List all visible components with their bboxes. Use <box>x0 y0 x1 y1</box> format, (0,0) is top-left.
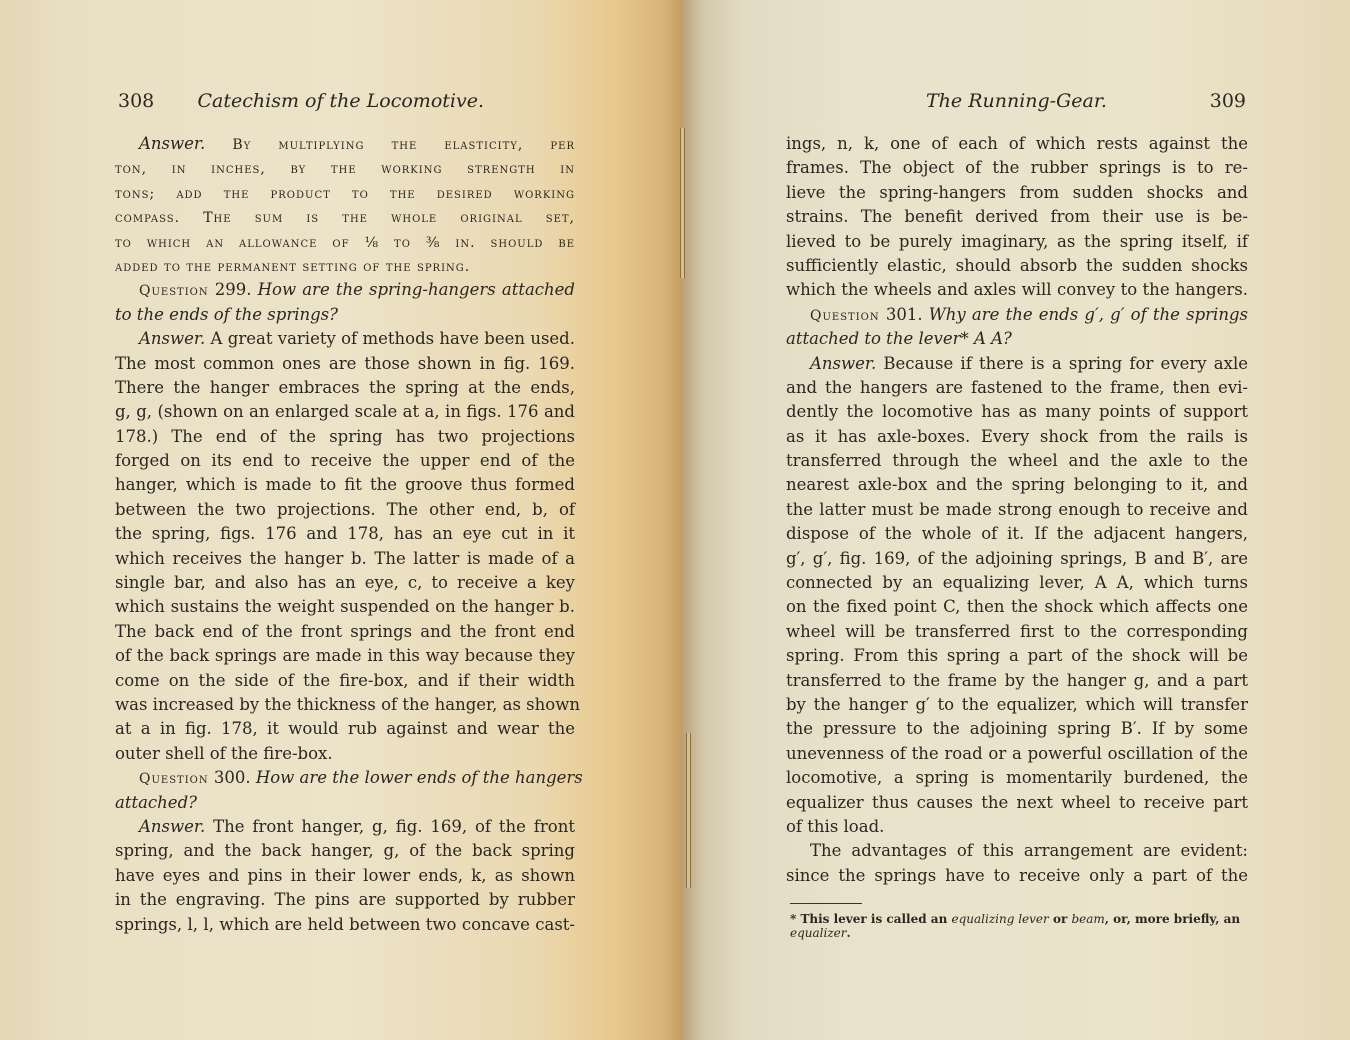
left-running-head: 308 Catechism of the Locomotive. <box>118 88 574 114</box>
text-line: between the two projections. The other e… <box>115 498 575 522</box>
text-line: single bar, and also has an eye, c, to r… <box>115 571 575 595</box>
binding-thread-top <box>680 128 685 278</box>
text-line: nearest axle-box and the spring belongin… <box>786 473 1248 497</box>
text-line: wheel will be transferred first to the c… <box>786 620 1248 644</box>
text-line: which sustains the weight suspended on t… <box>115 595 575 619</box>
text-line: ings, n, k, one of each of which rests a… <box>786 132 1248 156</box>
text-line: of the back springs are made in this way… <box>115 644 575 668</box>
text-line: and the hangers are fastened to the fram… <box>786 376 1248 400</box>
text-line: compass. The sum is the whole original s… <box>115 205 575 229</box>
right-running-head: The Running-Gear. 309 <box>786 88 1246 114</box>
right-page-body: ings, n, k, one of each of which rests a… <box>786 132 1248 888</box>
text-line: to which an allowance of ⅛ to ⅜ in. shou… <box>115 230 575 254</box>
text-line: Question 299. How are the spring-hangers… <box>115 278 575 302</box>
text-line: which the wheels and axles will convey t… <box>786 278 1248 302</box>
text-line: connected by an equalizing lever, A A, w… <box>786 571 1248 595</box>
text-line: since the springs have to receive only a… <box>786 864 1248 888</box>
text-line: transferred to the frame by the hanger g… <box>786 669 1248 693</box>
text-line: The advantages of this arrangement are e… <box>786 839 1248 863</box>
text-line: strains. The benefit derived from their … <box>786 205 1248 229</box>
text-line: Answer. By multiplying the elasticity, p… <box>115 132 575 156</box>
text-line: added to the permanent setting of the sp… <box>115 254 575 278</box>
text-line: spring. From this spring a part of the s… <box>786 644 1248 668</box>
running-head-title: The Running-Gear. <box>926 88 1107 114</box>
text-line: have eyes and pins in their lower ends, … <box>115 864 575 888</box>
text-line: attached? <box>115 791 575 815</box>
text-line: ton, in inches, by the working strength … <box>115 156 575 180</box>
text-line: g, g, (shown on an enlarged scale at a, … <box>115 400 575 424</box>
book-spread: 308 Catechism of the Locomotive. The Run… <box>0 0 1350 1040</box>
text-line: locomotive, a spring is momentarily burd… <box>786 766 1248 790</box>
text-line: The back end of the front springs and th… <box>115 620 575 644</box>
left-page-body: Answer. By multiplying the elasticity, p… <box>115 132 575 937</box>
text-line: the spring, figs. 176 and 178, has an ey… <box>115 522 575 546</box>
text-line: to the ends of the springs? <box>115 303 575 327</box>
text-line: on the fixed point C, then the shock whi… <box>786 595 1248 619</box>
text-line: come on the side of the fire-box, and if… <box>115 669 575 693</box>
text-line: There the hanger embraces the spring at … <box>115 376 575 400</box>
text-line: at a in fig. 178, it would rub against a… <box>115 717 575 741</box>
text-line: attached to the lever* A A? <box>786 327 1248 351</box>
text-line: outer shell of the fire-box. <box>115 742 575 766</box>
text-line: Answer. Because if there is a spring for… <box>786 352 1248 376</box>
text-line: of this load. <box>786 815 1248 839</box>
text-line: as it has axle-boxes. Every shock from t… <box>786 425 1248 449</box>
footnote: * This lever is called an equalizing lev… <box>790 912 1250 940</box>
text-line: transferred through the wheel and the ax… <box>786 449 1248 473</box>
footnote-rule <box>790 903 862 904</box>
text-line: tons; add the product to the desired wor… <box>115 181 575 205</box>
text-line: frames. The object of the rubber springs… <box>786 156 1248 180</box>
text-line: 178.) The end of the spring has two proj… <box>115 425 575 449</box>
text-line: which receives the hanger b. The latter … <box>115 547 575 571</box>
text-line: lieved to be purely imaginary, as the sp… <box>786 230 1248 254</box>
text-line: The most common ones are those shown in … <box>115 352 575 376</box>
text-line: was increased by the thickness of the ha… <box>115 693 575 717</box>
text-line: forged on its end to receive the upper e… <box>115 449 575 473</box>
text-line: hanger, which is made to fit the groove … <box>115 473 575 497</box>
text-line: Answer. The front hanger, g, fig. 169, o… <box>115 815 575 839</box>
text-line: dently the locomotive has as many points… <box>786 400 1248 424</box>
text-line: equalizer thus causes the next wheel to … <box>786 791 1248 815</box>
text-line: by the hanger g′ to the equalizer, which… <box>786 693 1248 717</box>
binding-thread-bottom <box>686 733 691 888</box>
text-line: spring, and the back hanger, g, of the b… <box>115 839 575 863</box>
text-line: in the engraving. The pins are supported… <box>115 888 575 912</box>
text-line: the latter must be made strong enough to… <box>786 498 1248 522</box>
text-line: springs, l, l, which are held between tw… <box>115 913 575 937</box>
text-line: sufficiently elastic, should absorb the … <box>786 254 1248 278</box>
text-line: the pressure to the adjoining spring B′.… <box>786 717 1248 741</box>
text-line: Answer. A great variety of methods have … <box>115 327 575 351</box>
text-line: unevenness of the road or a powerful osc… <box>786 742 1248 766</box>
page-number: 309 <box>1210 88 1246 114</box>
text-line: lieve the spring-hangers from sudden sho… <box>786 181 1248 205</box>
text-line: dispose of the whole of it. If the adjac… <box>786 522 1248 546</box>
text-line: Question 300. How are the lower ends of … <box>115 766 575 790</box>
running-head-title: Catechism of the Locomotive. <box>198 88 485 114</box>
text-line: Question 301. Why are the ends g′, g′ of… <box>786 303 1248 327</box>
text-line: g′, g′, fig. 169, of the adjoining sprin… <box>786 547 1248 571</box>
page-number: 308 <box>118 88 154 114</box>
